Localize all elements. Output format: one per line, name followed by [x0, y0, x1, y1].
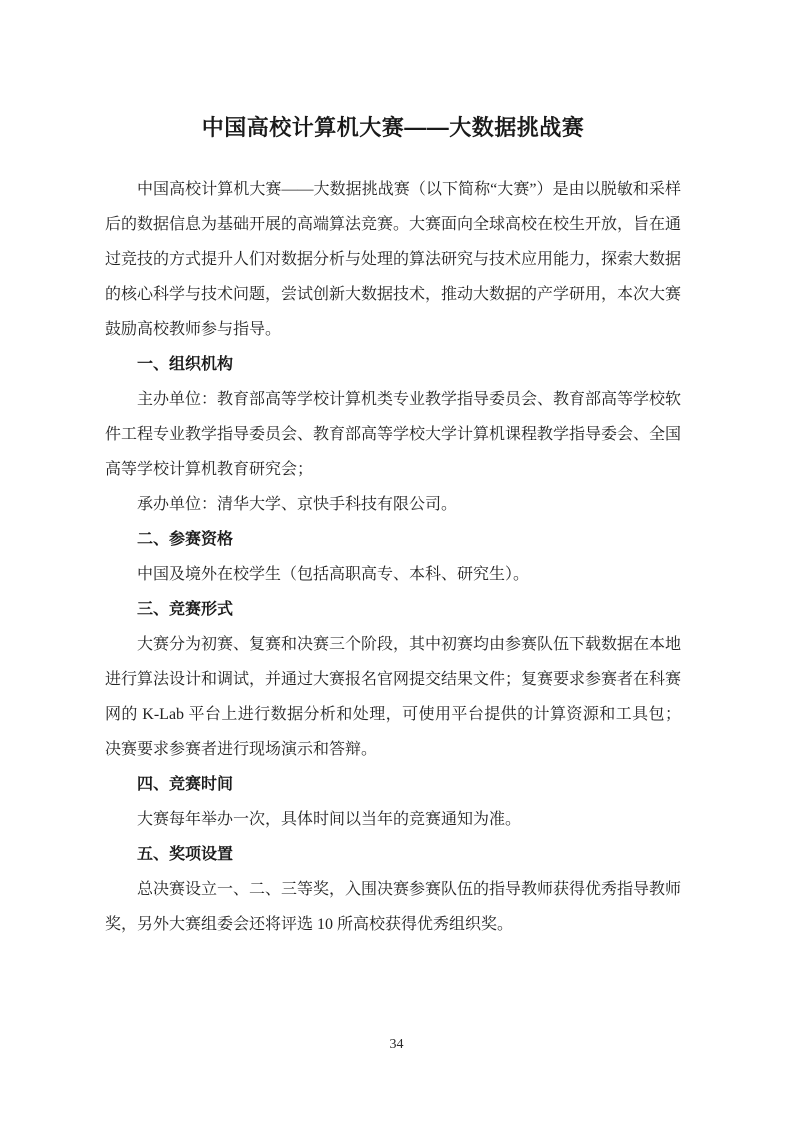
- section-heading-eligibility: 二、参赛资格: [105, 522, 681, 557]
- body-paragraph-intro: 中国高校计算机大赛——大数据挑战赛（以下简称“大赛”）是由以脱敏和采样后的数据信…: [105, 172, 681, 347]
- document-page: 中国高校计算机大赛——大数据挑战赛 中国高校计算机大赛——大数据挑战赛（以下简称…: [0, 0, 793, 1122]
- body-paragraph-hosts: 主办单位：教育部高等学校计算机类专业教学指导委员会、教育部高等学校软件工程专业教…: [105, 382, 681, 487]
- body-paragraph-organizers: 承办单位：清华大学、京快手科技有限公司。: [105, 487, 681, 522]
- page-number: 34: [0, 1036, 793, 1054]
- section-heading-organization: 一、组织机构: [105, 347, 681, 382]
- section-heading-awards: 五、奖项设置: [105, 837, 681, 872]
- document-body: 中国高校计算机大赛——大数据挑战赛（以下简称“大赛”）是由以脱敏和采样后的数据信…: [105, 172, 681, 942]
- section-heading-schedule: 四、竞赛时间: [105, 767, 681, 802]
- document-title: 中国高校计算机大赛——大数据挑战赛: [105, 113, 681, 143]
- body-paragraph-awards: 总决赛设立一、二、三等奖，入围决赛参赛队伍的指导教师获得优秀指导教师奖，另外大赛…: [105, 872, 681, 942]
- body-paragraph-eligibility: 中国及境外在校学生（包括高职高专、本科、研究生）。: [105, 557, 681, 592]
- body-paragraph-format: 大赛分为初赛、复赛和决赛三个阶段，其中初赛均由参赛队伍下载数据在本地进行算法设计…: [105, 627, 681, 767]
- section-heading-format: 三、竞赛形式: [105, 592, 681, 627]
- body-paragraph-schedule: 大赛每年举办一次，具体时间以当年的竞赛通知为准。: [105, 802, 681, 837]
